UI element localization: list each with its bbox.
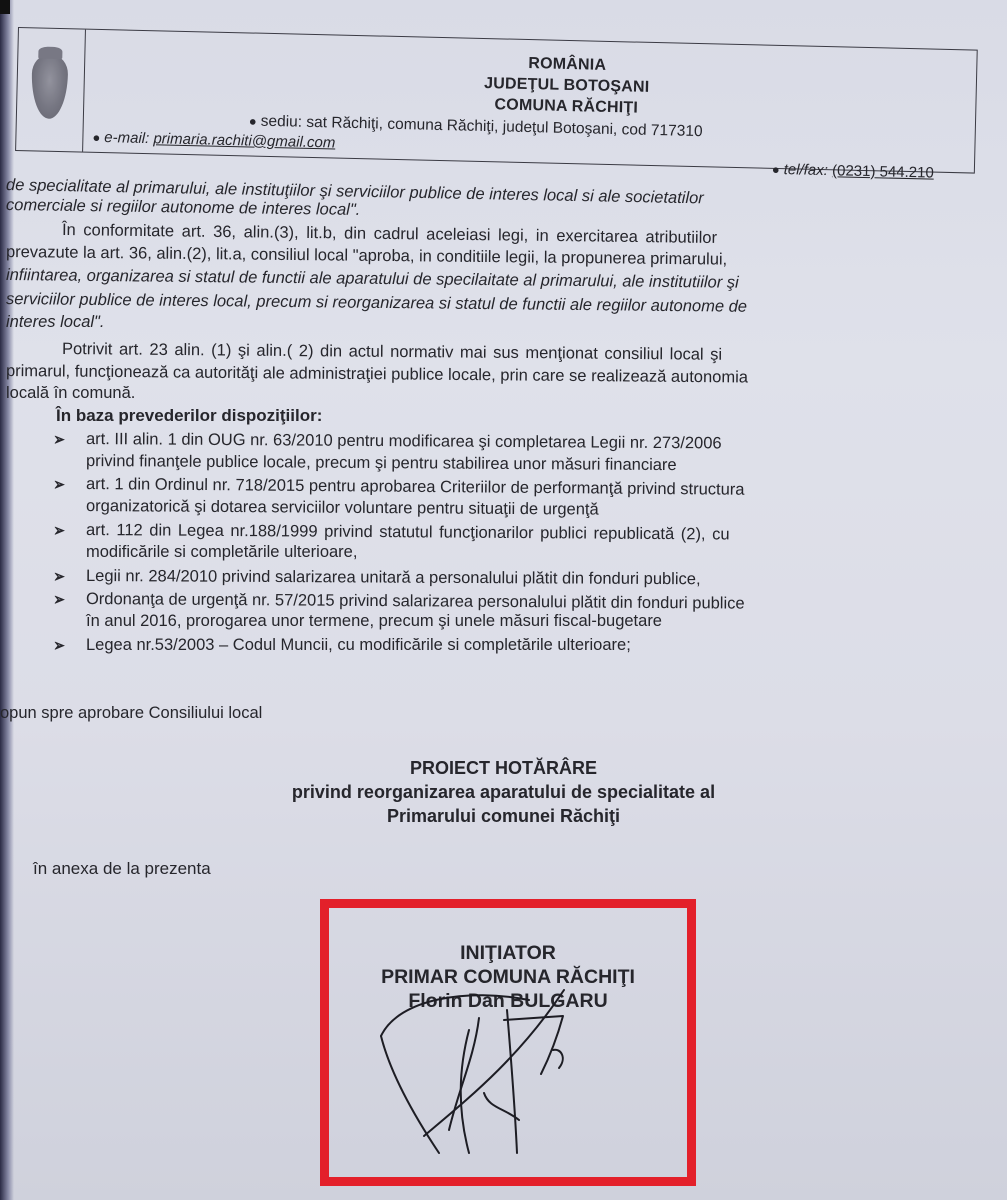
paragraph-2-line: interes local". bbox=[6, 313, 104, 332]
arrow-bullet-icon: ➢ bbox=[53, 521, 64, 541]
document-subtitle: Primarului comunei Răchiţi bbox=[0, 806, 1007, 827]
list-item: Ordonanţa de urgenţă nr. 57/2015 privind… bbox=[86, 590, 745, 614]
bullet-dot-icon: ● bbox=[249, 113, 257, 128]
arrow-bullet-icon: ➢ bbox=[53, 475, 64, 495]
paragraph-2-line: prevazute la art. 36, alin.(2), lit.a, c… bbox=[6, 243, 727, 270]
email-link[interactable]: primaria.rachiti@gmail.com bbox=[153, 130, 335, 151]
proposal-text: opun spre aprobare Consiliului local bbox=[0, 704, 262, 723]
handwritten-signature-icon bbox=[329, 908, 687, 1177]
arrow-bullet-icon: ➢ bbox=[53, 590, 64, 610]
list-item-continuation: organizatorică şi dotarea serviciilor vo… bbox=[86, 497, 599, 520]
annex-note: în anexa de la prezenta bbox=[33, 859, 211, 879]
list-item: art. III alin. 1 din OUG nr. 63/2010 pen… bbox=[86, 430, 722, 453]
arrow-bullet-icon: ➢ bbox=[53, 567, 64, 587]
paragraph-1-line: comerciale si regiilor autonome de inter… bbox=[6, 196, 361, 220]
list-item: Legea nr.53/2003 – Codul Muncii, cu modi… bbox=[86, 636, 631, 655]
letterhead: ROMÂNIA JUDEŢUL BOTOŞANI COMUNA RĂCHIŢI … bbox=[15, 27, 978, 174]
basis-heading: În baza prevederilor dispoziţiilor: bbox=[56, 406, 322, 426]
list-item: Legii nr. 284/2010 privind salarizarea u… bbox=[86, 567, 701, 589]
paragraph-2-line: infiintarea, organizarea si statul de fu… bbox=[6, 266, 739, 293]
list-item: art. 112 din Legea nr.188/1999 privind s… bbox=[86, 521, 730, 544]
crest-cell bbox=[16, 28, 86, 152]
coat-of-arms-icon bbox=[31, 54, 68, 119]
signature-highlight-box: INIŢIATOR PRIMAR COMUNA RĂCHIŢI Florin D… bbox=[320, 899, 696, 1186]
paragraph-2-line: serviciilor publice de interes local, pr… bbox=[6, 290, 747, 317]
arrow-bullet-icon: ➢ bbox=[53, 636, 64, 656]
bullet-dot-icon: ● bbox=[772, 162, 780, 177]
list-item: art. 1 din Ordinul nr. 718/2015 pentru a… bbox=[86, 475, 745, 500]
list-item-continuation: privind finanţele publice locale, precum… bbox=[86, 452, 677, 475]
header-phone: ●tel/fax: (0231) 544.210 bbox=[772, 161, 934, 182]
bullet-dot-icon: ● bbox=[92, 130, 100, 145]
list-item-continuation: în anul 2016, prorogarea unor termene, p… bbox=[86, 612, 662, 631]
document-title: PROIECT HOTĂRÂRE bbox=[0, 758, 1007, 779]
paragraph-3-line: locală în comună. bbox=[6, 384, 135, 403]
arrow-bullet-icon: ➢ bbox=[53, 430, 64, 450]
paragraph-3-line: Potrivit art. 23 alin. (1) şi alin.( 2) … bbox=[62, 340, 722, 365]
document-subtitle: privind reorganizarea aparatului de spec… bbox=[0, 782, 1007, 803]
page-corner bbox=[0, 0, 10, 14]
header-email: ●e-mail: primaria.rachiti@gmail.com bbox=[92, 129, 335, 152]
list-item-continuation: modificările si completările ulterioare, bbox=[86, 543, 357, 562]
